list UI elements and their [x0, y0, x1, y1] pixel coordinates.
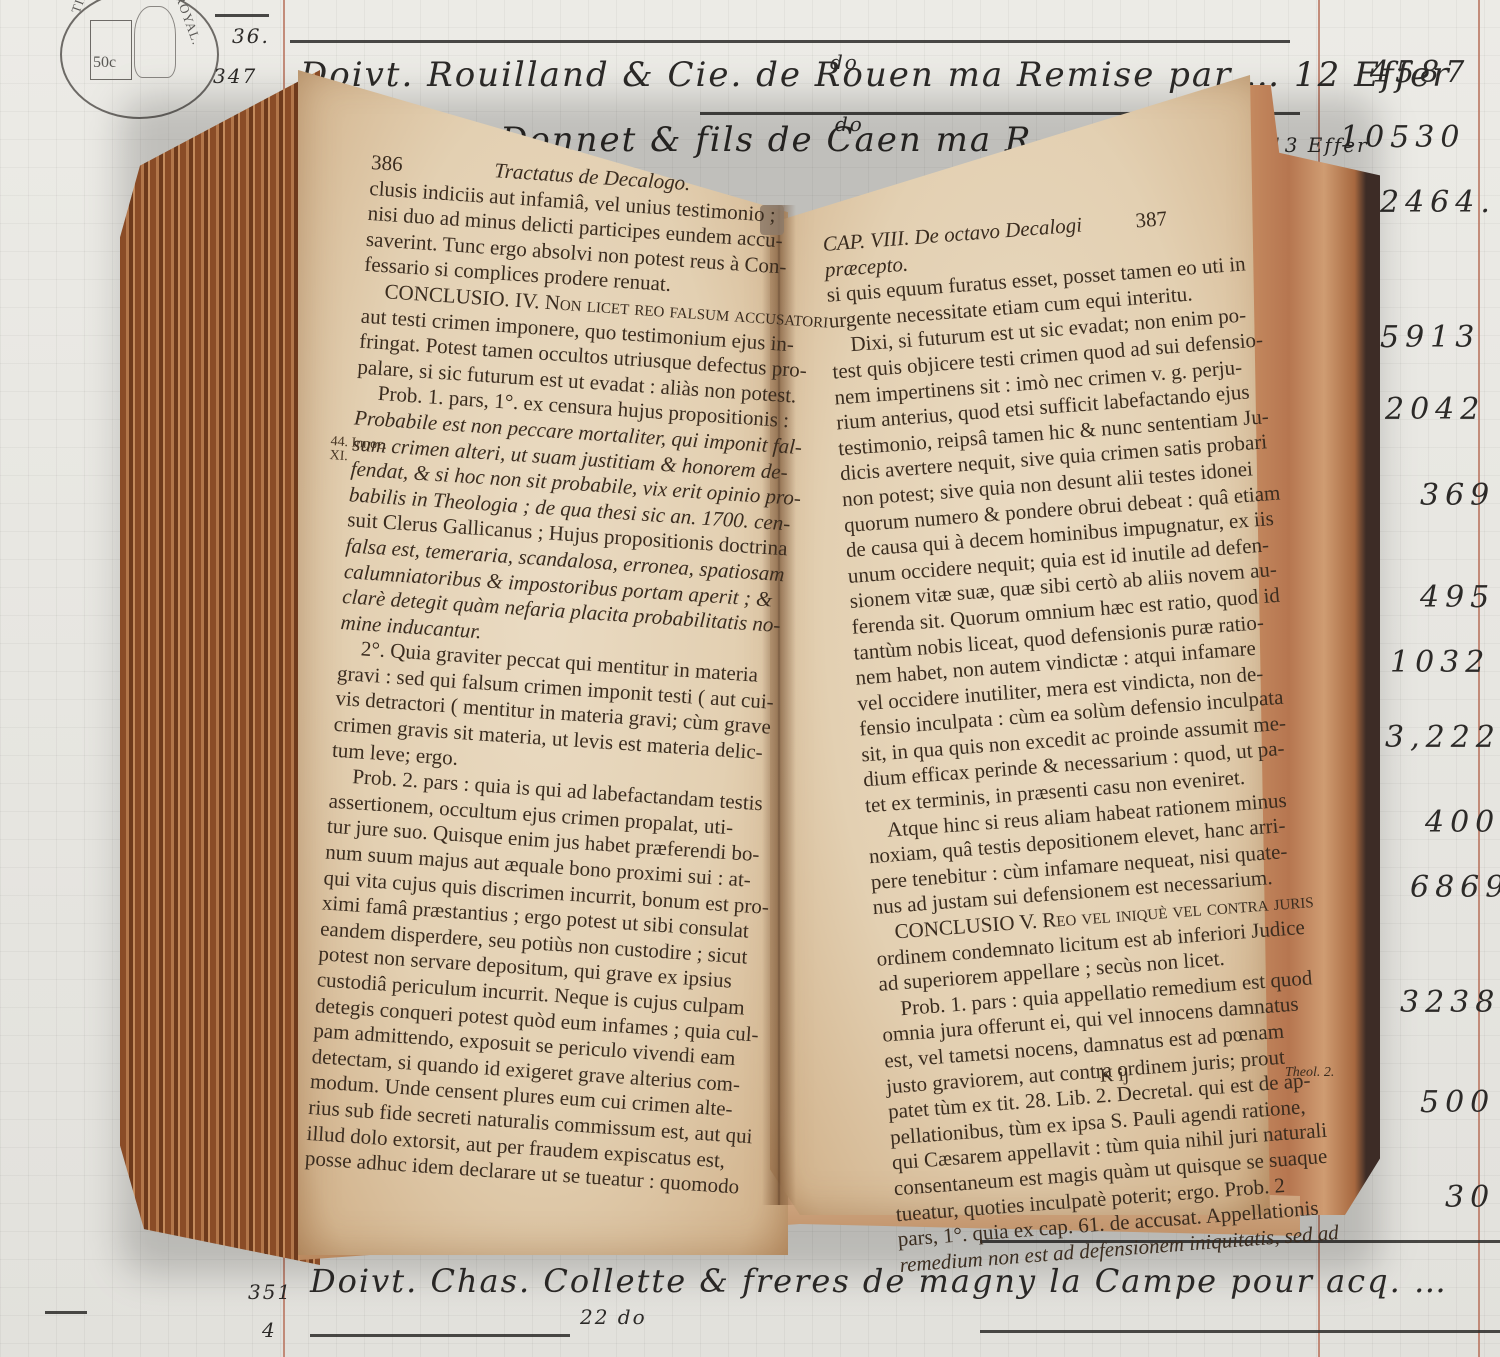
ledger-rule: [290, 40, 1290, 43]
margin-note: 44. Innoc. XI.: [329, 435, 387, 467]
ledger-amount: 400: [1425, 805, 1500, 840]
ledger-margin-number: 36.: [232, 24, 270, 48]
ledger-rule: [215, 14, 269, 17]
stamp-text-right: ROYAL.: [172, 0, 205, 47]
ledger-margin-number: 347: [213, 64, 257, 88]
volume-mark: Theol. 2.: [1285, 1065, 1334, 1081]
ledger-amount: 495: [1420, 580, 1495, 615]
ledger-amount: 30: [1445, 1180, 1495, 1215]
ledger-rule: [310, 1334, 570, 1337]
stamp-figure-icon: [134, 6, 176, 78]
ledger-ditto: 22 do: [580, 1305, 647, 1329]
ledger-ditto: do: [830, 50, 859, 74]
ledger-rule: [45, 1311, 87, 1314]
ledger-margin-number: 4: [262, 1318, 277, 1342]
book-page-edges-left: [120, 70, 320, 1265]
page-number: 387: [1135, 206, 1170, 259]
ledger-amount: 3,222: [1385, 720, 1500, 755]
ledger-amount: 3238: [1400, 985, 1500, 1020]
ledger-amount: 2464.: [1380, 185, 1496, 220]
left-page-text: 386 Tractatus de Decalogo. clusis indici…: [304, 150, 761, 1197]
signature-mark: K ij: [1099, 1064, 1129, 1087]
ledger-rule: [980, 1330, 1500, 1333]
ledger-amount: 5913: [1380, 320, 1480, 355]
ledger-amount: 1032: [1390, 645, 1490, 680]
stamp-text-left: TIMBRE: [68, 0, 102, 15]
ledger-margin-number: 351: [248, 1280, 292, 1304]
ledger-amount: 2042: [1385, 392, 1485, 427]
ledger-amount: 500: [1420, 1085, 1495, 1120]
page-number: 386: [370, 150, 403, 178]
ledger-amount: 6869: [1410, 870, 1500, 905]
ledger-entry: Doivt. Rouilland & Cie. de Rouen ma Remi…: [300, 55, 1450, 95]
ledger-amount: 369: [1420, 478, 1495, 513]
stamp-price: 50c: [93, 54, 116, 72]
ledger-amount: 4587: [1370, 55, 1470, 90]
